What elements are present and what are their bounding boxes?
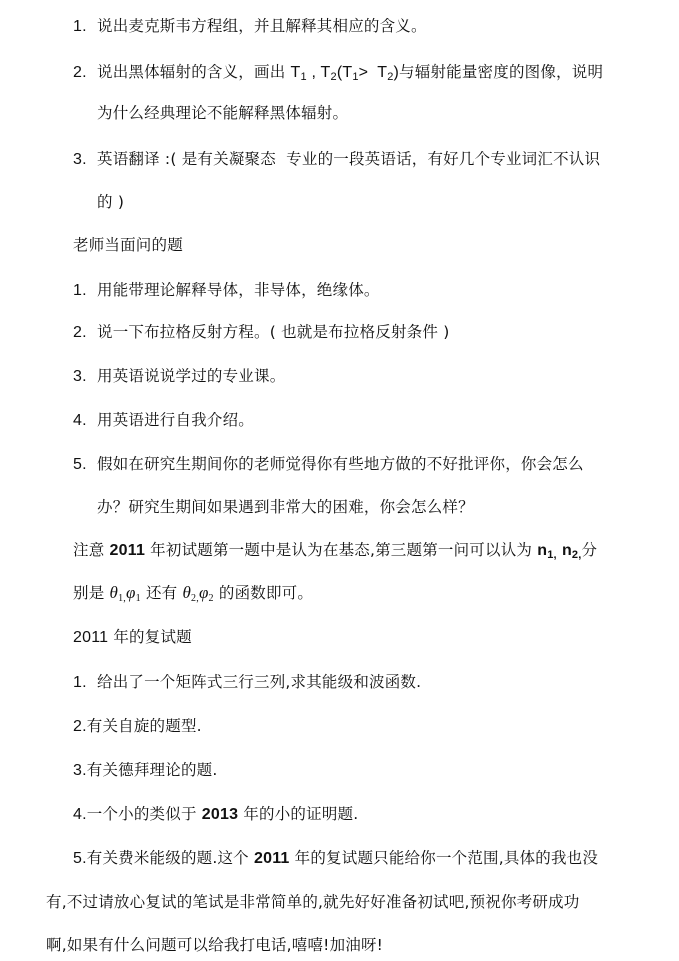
retest-item-5-line-2: 有,不过请放心复试的笔试是非常简单的,就先好好准备初试吧,预祝你考研成功 (46, 892, 579, 912)
item-number: 2. (73, 63, 97, 83)
item-text: 说出黑体辐射的含义，画出 (97, 63, 291, 81)
exam-item-3: 3.英语翻译 :( 是有关凝聚态 专业的一段英语话，有好几个专业词汇不认识 (73, 149, 600, 170)
retest-item-4: 4.一个小的类似于 2013 年的小的证明题. (73, 804, 358, 825)
exam-item-1: 1.说出麦克斯韦方程组，并且解释其相应的含义。 (73, 16, 427, 37)
temperature-t1: T1 (291, 64, 307, 81)
retest-item-1: 1.给出了一个矩阵式三行三列,求其能级和波函数. (73, 672, 421, 693)
item-number: 1. (73, 17, 97, 37)
oral-item-5: 5.假如在研究生期间你的老师觉得你有些地方做的不好批评你，你会怎么 (73, 454, 584, 475)
note-line-1: 注意 2011 年初试题第一题中是认为在基态,第三题第一问可以认为 n1, n2… (73, 540, 597, 561)
exam-item-2: 2.说出黑体辐射的含义，画出 T1 , T2(T1> T2)与辐射能量密度的图像… (73, 62, 603, 83)
retest-item-2: 2.有关自旋的题型. (73, 716, 202, 737)
temperature-t1-compare: T1 (342, 64, 358, 81)
variable-theta2: θ2, (182, 583, 198, 602)
note-line-2: 别是 θ1,φ1 还有 θ2,φ2 的函数即可。 (73, 583, 313, 603)
item-text: 与辐射能量密度的图像，说明 (399, 63, 603, 81)
item-text: 英语翻译 :( 是有关凝聚态 专业的一段英语话，有好几个专业词汇不认识 (97, 150, 600, 168)
retest-item-5: 5.有关费米能级的题.这个 2011 年的复试题只能给你一个范围,具体的我也没 (73, 848, 598, 869)
oral-section-heading: 老师当面问的题 (73, 235, 183, 255)
exam-item-3-continuation: 的 ) (97, 192, 124, 212)
variable-n1: n1, (537, 542, 557, 559)
variable-theta1: θ1, (110, 583, 126, 602)
variable-phi2: φ2 (199, 583, 214, 602)
exam-item-2-continuation: 为什么经典理论不能解释黑体辐射。 (97, 103, 348, 123)
item-text: 说出麦克斯韦方程组，并且解释其相应的含义。 (97, 17, 427, 35)
retest-section-heading: 2011 年的复试题 (73, 627, 192, 648)
oral-item-4: 4.用英语进行自我介绍。 (73, 410, 254, 431)
variable-n2: n2, (562, 542, 582, 559)
oral-item-2: 2.说一下布拉格反射方程。( 也就是布拉格反射条件 ) (73, 322, 449, 343)
item-number: 3. (73, 150, 97, 170)
oral-item-3: 3.用英语说说学过的专业课。 (73, 366, 285, 387)
retest-item-5-line-3: 啊,如果有什么问题可以给我打电话,嘻嘻!加油呀! (46, 935, 383, 955)
retest-item-3: 3.有关德拜理论的题. (73, 760, 217, 781)
oral-item-5-continuation: 办？研究生期间如果遇到非常大的困难，你会怎么样？ (97, 497, 474, 517)
note-year: 2011 (110, 542, 146, 559)
temperature-t2: T2 (321, 64, 337, 81)
temperature-t2-compare: T2 (377, 64, 393, 81)
oral-item-1: 1.用能带理论解释导体，非导体，绝缘体。 (73, 280, 380, 301)
variable-phi1: φ1 (126, 583, 141, 602)
